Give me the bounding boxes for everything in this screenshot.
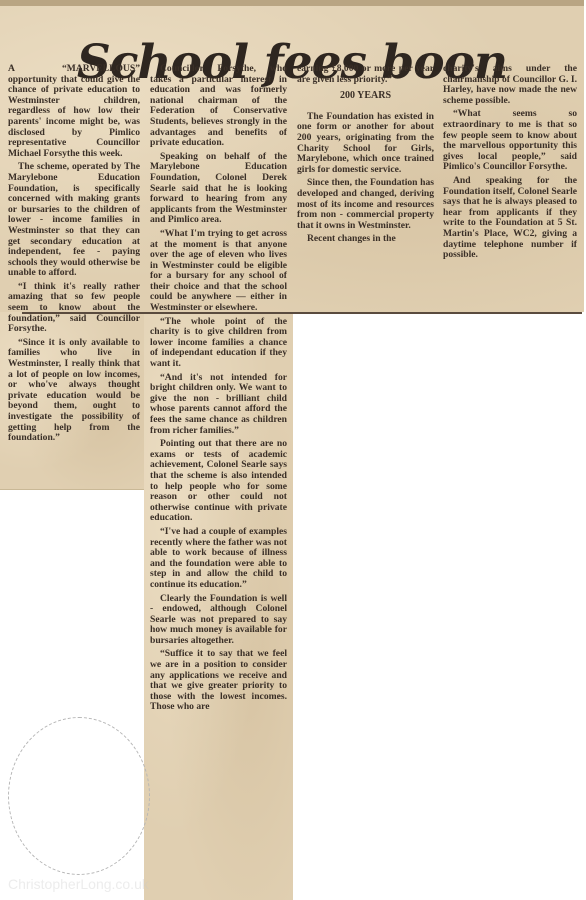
paragraph-continued: charity's aims under the chairmanship of…: [443, 64, 577, 106]
paragraph: Since then, the Foundation has developed…: [297, 178, 434, 231]
paragraph: The Foundation has existed in one form o…: [297, 112, 434, 176]
paragraph: “The whole point of the charity is to gi…: [150, 317, 287, 370]
paragraph: “And it's not intended for bright childr…: [150, 373, 287, 437]
paragraph: A “MARVELLOUS” opportunity that could gi…: [8, 64, 140, 159]
paragraph: Clearly the Foundation is well - endowed…: [150, 594, 287, 647]
paragraph: “What seems so extraordinary to me is th…: [443, 109, 577, 173]
article-column-4: charity's aims under the chairmanship of…: [443, 64, 577, 264]
clipping-bottom-rule: [22, 312, 582, 314]
paragraph: The scheme, operated by The Marylebone E…: [8, 162, 140, 279]
paragraph: Recent changes in the: [297, 234, 434, 245]
paragraph: And speaking for the Foundation itself, …: [443, 176, 577, 261]
paragraph-continued: earning £8,000 or more per year are give…: [297, 64, 434, 85]
watermark-text: ChristopherLong.co.uk: [8, 876, 149, 892]
top-border-rule: [0, 0, 584, 6]
article-column-2: Councillor Forsythe, who takes a particu…: [150, 64, 287, 716]
watermark-circle-icon: [8, 717, 150, 875]
paragraph: “What I'm trying to get across at the mo…: [150, 229, 287, 314]
paragraph: Councillor Forsythe, who takes a particu…: [150, 64, 287, 149]
paragraph: “I've had a couple of examples recently …: [150, 527, 287, 591]
article-column-3: earning £8,000 or more per year are give…: [297, 64, 434, 248]
subheading: 200 YEARS: [297, 91, 434, 102]
paragraph: Pointing out that there are no exams or …: [150, 439, 287, 524]
article-column-1: A “MARVELLOUS” opportunity that could gi…: [8, 64, 140, 447]
paragraph: “Since it is only available to families …: [8, 338, 140, 444]
left-column-bottom-edge: [0, 489, 144, 490]
paragraph: “Suffice it to say that we feel we are i…: [150, 649, 287, 713]
paragraph: “I think it's really rather amazing that…: [8, 282, 140, 335]
paragraph: Speaking on behalf of the Marylebone Edu…: [150, 152, 287, 226]
